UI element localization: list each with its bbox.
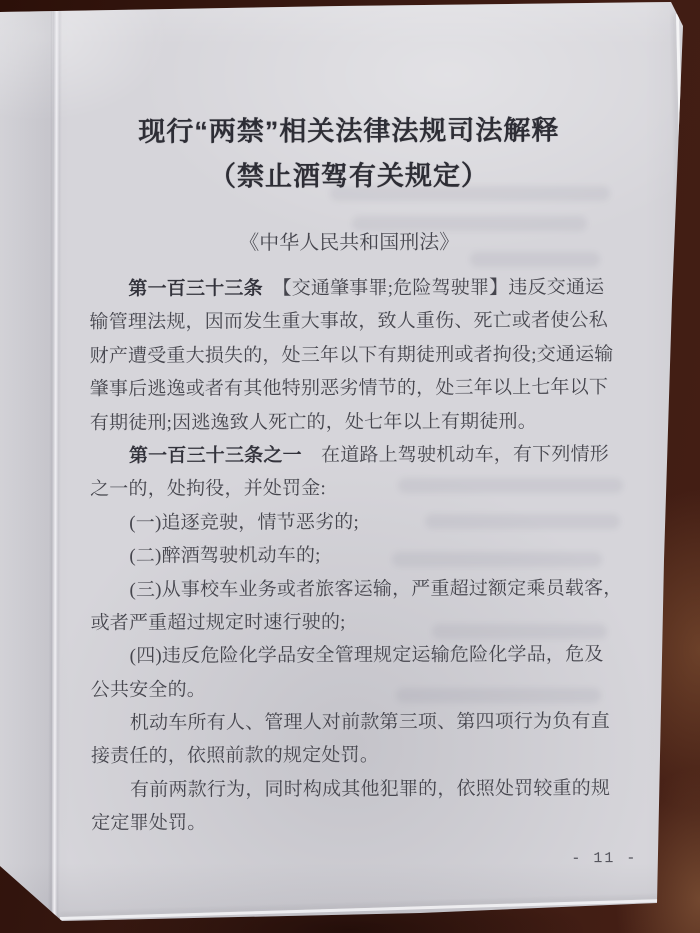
body-line: (四)违反危险化学品安全管理规定运输危险化学品，危及: [91, 638, 643, 673]
body-line: 第一百三十三条之一 在道路上驾驶机动车，有下列情形: [90, 438, 642, 473]
body-text-segment: 有前两款行为，同时构成其他犯罪的，依照处罚较重的规: [130, 778, 610, 801]
body-text-segment: 机动车所有人、管理人对前款第三项、第四项行为负有直: [130, 711, 610, 734]
body-text-segment: 定定罪处罚。: [91, 813, 206, 834]
photo-background: 现行“两禁”相关法律法规司法解释 （禁止酒驾有关规定） 《中华人民共和国刑法》 …: [0, 0, 700, 933]
document-title-line2: （禁止酒驾有关规定）: [0, 158, 699, 194]
body-text-segment: 接责任的，依照前款的规定处罚。: [91, 745, 379, 767]
body-line: (三)从事校车业务或者旅客运输，严重超过额定乘员载客，: [90, 571, 642, 606]
body-line: 定定罪处罚。: [91, 805, 643, 840]
body-text-segment: 有期徒刑;因逃逸致人死亡的，处七年以上有期徒刑。: [90, 411, 537, 434]
body-line: 第一百三十三条 【交通肇事罪;危险驾驶罪】违反交通运: [89, 271, 641, 306]
body-text-segment: 财产遭受重大损失的，处三年以下有期徒刑或者拘役;交通运输: [90, 344, 614, 367]
page-number: - 11 -: [571, 850, 637, 867]
body-line: 公共安全的。: [91, 672, 643, 707]
body-line: 财产遭受重大损失的，处三年以下有期徒刑或者拘役;交通运输: [90, 338, 642, 373]
body-line: 有前两款行为，同时构成其他犯罪的，依照处罚较重的规: [91, 772, 643, 807]
law-heading: 《中华人民共和国刑法》: [0, 227, 699, 259]
body-line: (二)醉酒驾驶机动车的;: [90, 538, 642, 573]
body-text-segment: 或者严重超过规定时速行驶的;: [91, 612, 346, 634]
body-line: 输管理法规，因而发生重大事故，致人重伤、死亡或者使公私: [89, 304, 641, 339]
body-text-segment: 之一的，处拘役，并处罚金:: [90, 478, 326, 500]
body-text-segment: (一)追逐竞驶，情节恶劣的;: [129, 512, 359, 534]
body-text-segment: 【交通肇事罪;危险驾驶罪】违反交通运: [263, 277, 605, 299]
body-line: 或者严重超过规定时速行驶的;: [90, 605, 642, 640]
body-text-segment: (四)违反危险化学品安全管理规定运输危险化学品，危及: [130, 644, 604, 667]
body-line: 肇事后逃逸或者有其他特别恶劣情节的，处三年以上七年以下: [90, 371, 642, 406]
body-text-segment: (二)醉酒驾驶机动车的;: [129, 545, 320, 567]
document-page: 现行“两禁”相关法律法规司法解释 （禁止酒驾有关规定） 《中华人民共和国刑法》 …: [0, 0, 700, 933]
document-body: 第一百三十三条 【交通肇事罪;危险驾驶罪】违反交通运输管理法规，因而发生重大事故…: [89, 271, 643, 841]
body-text-segment: 肇事后逃逸或者有其他特别恶劣情节的，处三年以上七年以下: [90, 377, 608, 400]
document-content: 现行“两禁”相关法律法规司法解释 （禁止酒驾有关规定） 《中华人民共和国刑法》 …: [0, 0, 700, 933]
article-number-term: 第一百三十三条: [128, 278, 262, 299]
article-number-term: 第一百三十三条之一: [129, 445, 302, 467]
body-line: (一)追逐竞驶，情节恶劣的;: [90, 505, 642, 540]
body-line: 有期徒刑;因逃逸致人死亡的，处七年以上有期徒刑。: [90, 405, 642, 440]
document-title-line1: 现行“两禁”相关法律法规司法解释: [0, 113, 699, 149]
body-text-segment: (三)从事校车业务或者旅客运输，严重超过额定乘员载客，: [129, 578, 622, 601]
paper-right-edge-highlight: [676, 14, 699, 910]
body-text-segment: 输管理法规，因而发生重大事故，致人重伤、死亡或者使公私: [89, 310, 607, 333]
body-text-segment: 公共安全的。: [91, 679, 206, 700]
body-line: 机动车所有人、管理人对前款第三项、第四项行为负有直: [91, 705, 643, 740]
body-line: 接责任的，依照前款的规定处罚。: [91, 738, 643, 773]
body-text-segment: 在道路上驾驶机动车，有下列情形: [302, 444, 609, 466]
body-line: 之一的，处拘役，并处罚金:: [90, 471, 642, 506]
